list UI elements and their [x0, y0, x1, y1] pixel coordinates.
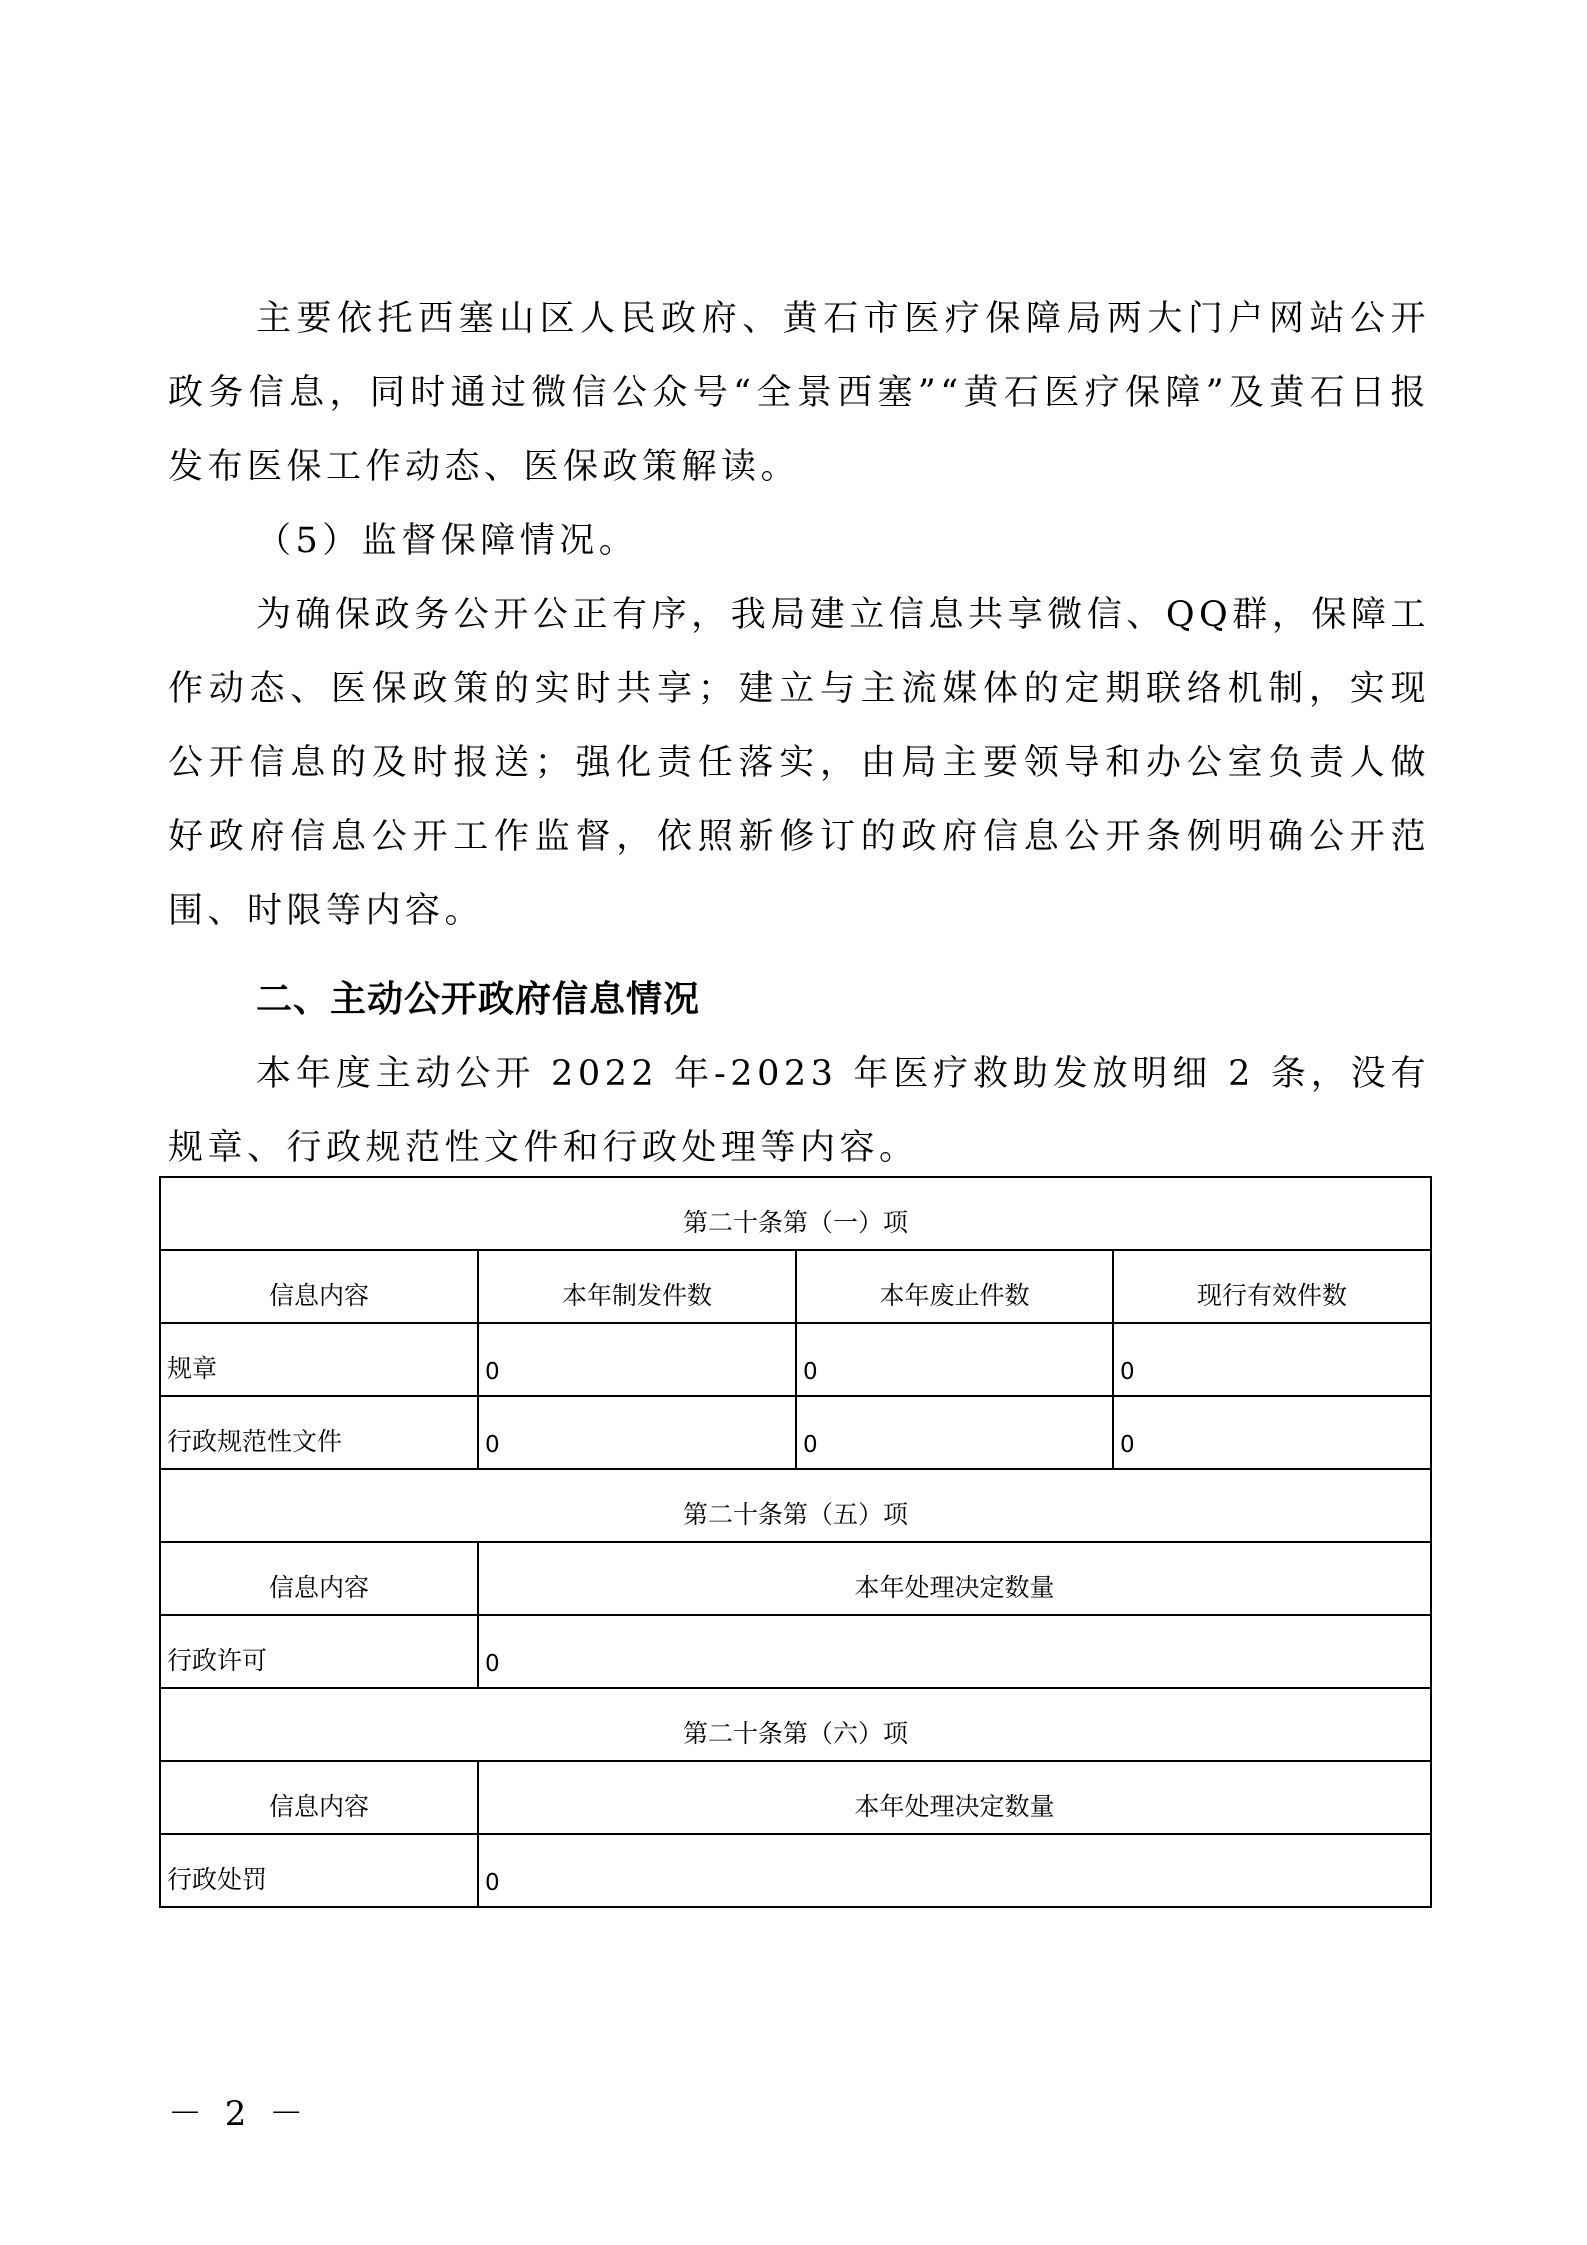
paragraph-publishing-channels: 主要依托西塞山区人民政府、黄石市医疗保障局两大门户网站公开政务信息，同时通过微信…	[168, 282, 1430, 504]
column-header: 本年废止件数	[796, 1250, 1113, 1323]
section-title: 第二十条第（一）项	[160, 1177, 1431, 1250]
section-title: 第二十条第（六）项	[160, 1688, 1431, 1761]
table-row: 行政规范性文件 0 0 0	[160, 1396, 1431, 1469]
table-header-row: 信息内容 本年处理决定数量	[160, 1542, 1431, 1615]
row-label: 行政许可	[160, 1615, 478, 1688]
info-disclosure-table: 第二十条第（一）项 信息内容 本年制发件数 本年废止件数 现行有效件数 规章 0…	[159, 1176, 1432, 1908]
cell-value: 0	[478, 1323, 796, 1396]
table-row: 规章 0 0 0	[160, 1323, 1431, 1396]
column-header: 信息内容	[160, 1761, 478, 1834]
row-label: 行政处罚	[160, 1834, 478, 1907]
column-header: 本年制发件数	[478, 1250, 796, 1323]
page-number: － 2 －	[168, 2086, 309, 2135]
section-heading: 二、主动公开政府信息情况	[256, 963, 700, 1037]
table-section-title-row: 第二十条第（五）项	[160, 1469, 1431, 1542]
table-row: 行政处罚 0	[160, 1834, 1431, 1907]
column-header: 信息内容	[160, 1250, 478, 1323]
cell-value: 0	[478, 1615, 1431, 1688]
row-label: 行政规范性文件	[160, 1396, 478, 1469]
section-title: 第二十条第（五）项	[160, 1469, 1431, 1542]
column-header: 信息内容	[160, 1542, 478, 1615]
table-header-row: 信息内容 本年处理决定数量	[160, 1761, 1431, 1834]
table-section-title-row: 第二十条第（六）项	[160, 1688, 1431, 1761]
cell-value: 0	[478, 1396, 796, 1469]
cell-value: 0	[1113, 1396, 1431, 1469]
cell-value: 0	[478, 1834, 1431, 1907]
column-header: 本年处理决定数量	[478, 1761, 1431, 1834]
paragraph-supervision-body: 为确保政务公开公正有序，我局建立信息共享微信、QQ群，保障工作动态、医保政策的实…	[168, 578, 1430, 948]
table-header-row: 信息内容 本年制发件数 本年废止件数 现行有效件数	[160, 1250, 1431, 1323]
cell-value: 0	[796, 1323, 1113, 1396]
cell-value: 0	[1113, 1323, 1431, 1396]
column-header: 本年处理决定数量	[478, 1542, 1431, 1615]
table-row: 行政许可 0	[160, 1615, 1431, 1688]
column-header: 现行有效件数	[1113, 1250, 1431, 1323]
document-page: 主要依托西塞山区人民政府、黄石市医疗保障局两大门户网站公开政务信息，同时通过微信…	[0, 0, 1587, 2245]
cell-value: 0	[796, 1396, 1113, 1469]
table-section-title-row: 第二十条第（一）项	[160, 1177, 1431, 1250]
paragraph-supervision-heading: （5）监督保障情况。	[168, 504, 1430, 578]
row-label: 规章	[160, 1323, 478, 1396]
paragraph-section-summary: 本年度主动公开 2022 年-2023 年医疗救助发放明细 2 条，没有规章、行…	[168, 1037, 1430, 1185]
